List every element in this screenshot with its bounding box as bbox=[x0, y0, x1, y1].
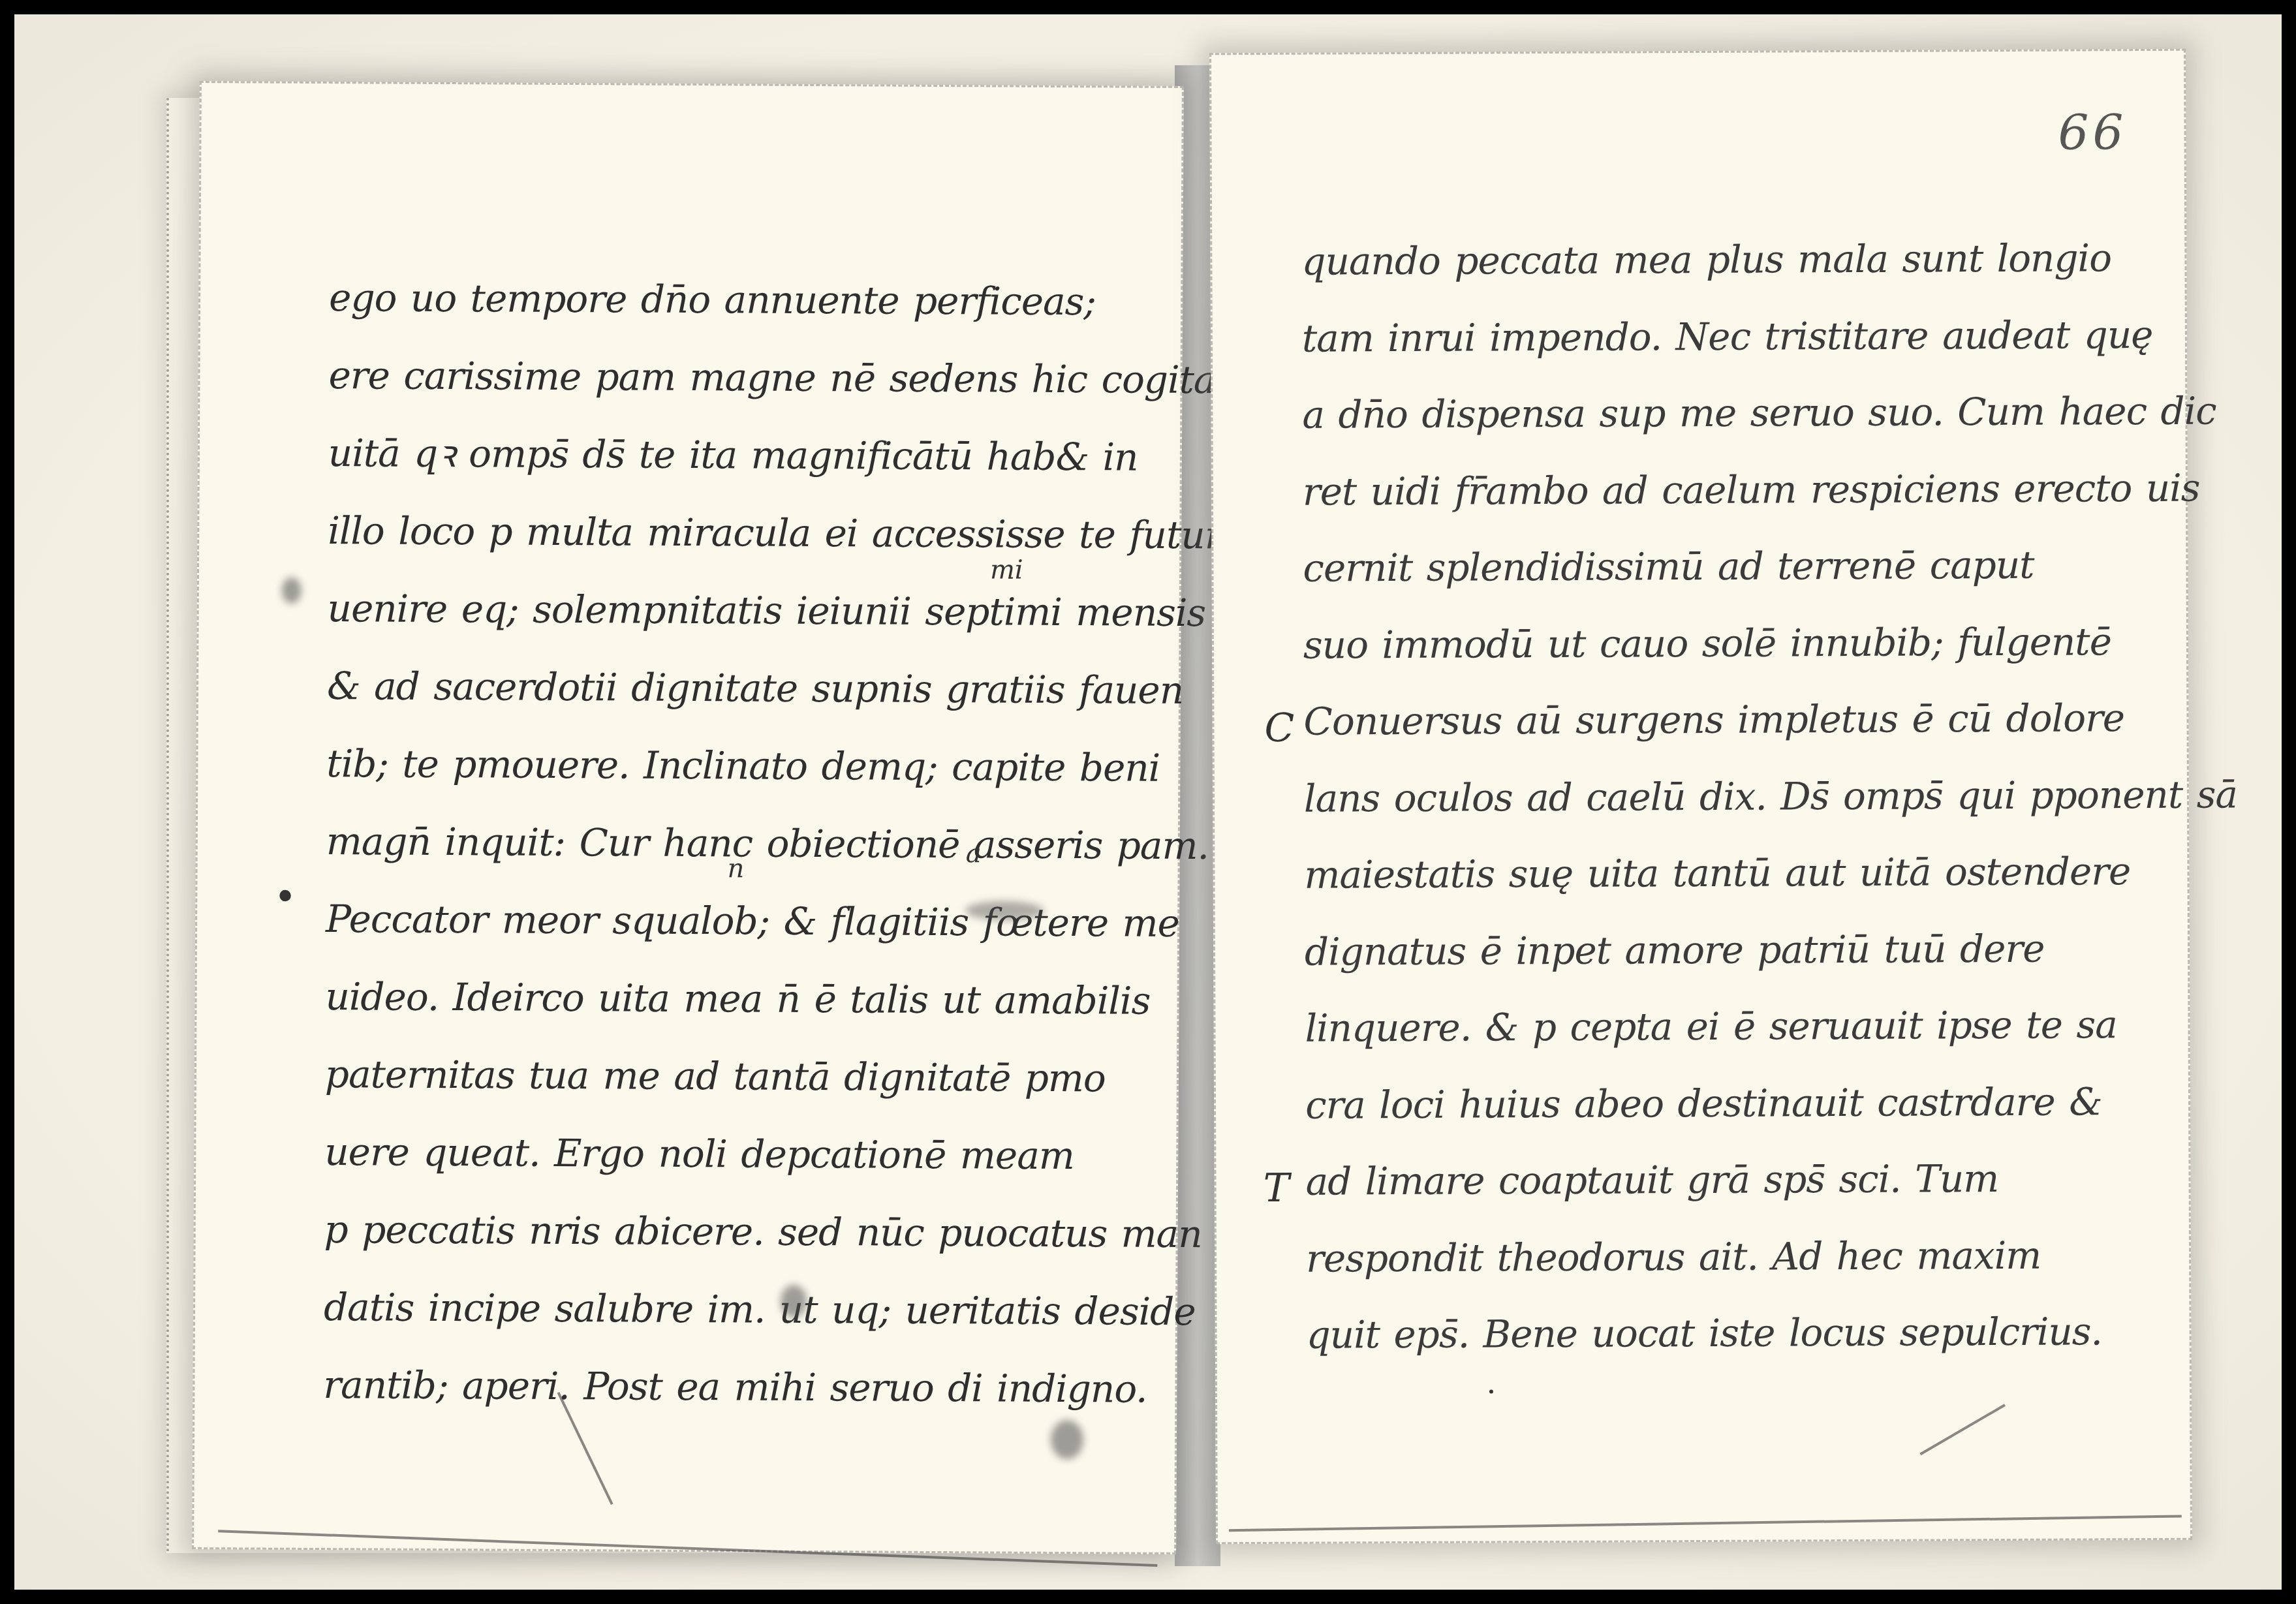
ink-stain bbox=[781, 1285, 807, 1318]
paragraph-marker: • bbox=[273, 874, 297, 920]
manuscript-line: uideo. Ideirco uita mea n̄ ē talis ut am… bbox=[325, 958, 1135, 1040]
damage-mark bbox=[1051, 1420, 1083, 1459]
manuscript-line: quit eps̄. Bene uocat iste locus sepulcr… bbox=[1306, 1293, 2116, 1374]
manuscript-line: Peccator meor squalob; & flagitiis fœter… bbox=[326, 880, 1136, 962]
manuscript-line: maiestatis suę uita tantū aut uitā osten… bbox=[1304, 833, 2114, 914]
manuscript-line: uere queat. Ergo noli depcationē meam bbox=[324, 1113, 1134, 1195]
interlinear-gloss: mi bbox=[990, 555, 1023, 585]
manuscript-line: Conuersus aū surgens impletus ē cū dolor… bbox=[1303, 680, 2113, 760]
right-page-text-block: quando peccata mea plus mala sunt longio… bbox=[1301, 220, 2116, 1374]
folio-number: 66 bbox=[2058, 104, 2128, 161]
manuscript-line: datis incipe salubre iт. ut uq; ueritati… bbox=[324, 1269, 1134, 1350]
manuscript-line: respondit theodorus ait. Ad hec maxim bbox=[1306, 1217, 2116, 1297]
manuscript-line: a dn̄o dispensa sup me seruo suo. Cum ha… bbox=[1302, 373, 2112, 454]
paragraph-initial-marker: C bbox=[1264, 705, 1294, 751]
left-page: ego uo tempore dn̄o annuente perficeas; … bbox=[192, 81, 1184, 1554]
manuscript-line: linquere. & p cepta ei ē seruauit ipse t… bbox=[1305, 987, 2115, 1067]
manuscript-line: ret uidi fr̄ambo ad caelum respiciens er… bbox=[1303, 450, 2113, 531]
paragraph-initial-marker: T bbox=[1263, 1165, 1289, 1211]
interlinear-gloss: a bbox=[966, 839, 982, 869]
manuscript-line: dignatus ē inpet amore patriū tuū dere bbox=[1305, 910, 2115, 991]
manuscript-line: rantib; aperi. Post ea mihi seruo di ind… bbox=[323, 1346, 1133, 1428]
paper-crease bbox=[1919, 1404, 2006, 1455]
manuscript-line: & ad sacerdotii dignitate supnis gratiis… bbox=[327, 647, 1137, 729]
manuscript-line: p peccatis nris abicere. sed nūc puocatu… bbox=[324, 1191, 1134, 1272]
page-edge-line bbox=[1229, 1515, 2182, 1532]
manuscript-line: ad limare coaptauit grā sps̄ sci. Tum bbox=[1305, 1140, 2115, 1220]
ink-speck bbox=[1489, 1389, 1493, 1393]
manuscript-line: uitā qꝛ omps̄ ds̄ te ita magnificātū hab… bbox=[328, 414, 1138, 496]
manuscript-line: tam inrui impendo. Nec tristitare audeat… bbox=[1302, 297, 2112, 377]
manuscript-line: quando peccata mea plus mala sunt longio bbox=[1301, 220, 2111, 300]
erasure-smudge bbox=[965, 901, 1044, 921]
manuscript-line: lans oculos ad caelū dix. Ds̄ omps̄ qui … bbox=[1304, 757, 2114, 837]
manuscript-line: suo immodū ut cauo solē innubib; fulgent… bbox=[1303, 604, 2113, 684]
manuscript-line: paternitas tua me ad tantā dignitatē pmo bbox=[325, 1036, 1135, 1117]
manuscript-line: cra loci huius abeo destinauit castrdare… bbox=[1305, 1064, 2115, 1144]
left-page-text-block: ego uo tempore dn̄o annuente perficeas; … bbox=[323, 259, 1138, 1428]
manuscript-line: ere carissime paт magne nē sedens hic co… bbox=[328, 337, 1138, 418]
manuscript-line: ego uo tempore dn̄o annuente perficeas; bbox=[329, 259, 1139, 341]
manuscript-line: tib; te pmouere. Inclinato demq; capite … bbox=[326, 725, 1136, 807]
ink-speck bbox=[1979, 1338, 1983, 1342]
right-page: 66 quando peccata mea plus mala sunt lon… bbox=[1209, 49, 2192, 1545]
ink-stain bbox=[282, 578, 302, 604]
manuscript-line: cernit splendidissimū ad terrenē caput bbox=[1303, 527, 2113, 607]
interlinear-gloss: n bbox=[727, 854, 744, 884]
